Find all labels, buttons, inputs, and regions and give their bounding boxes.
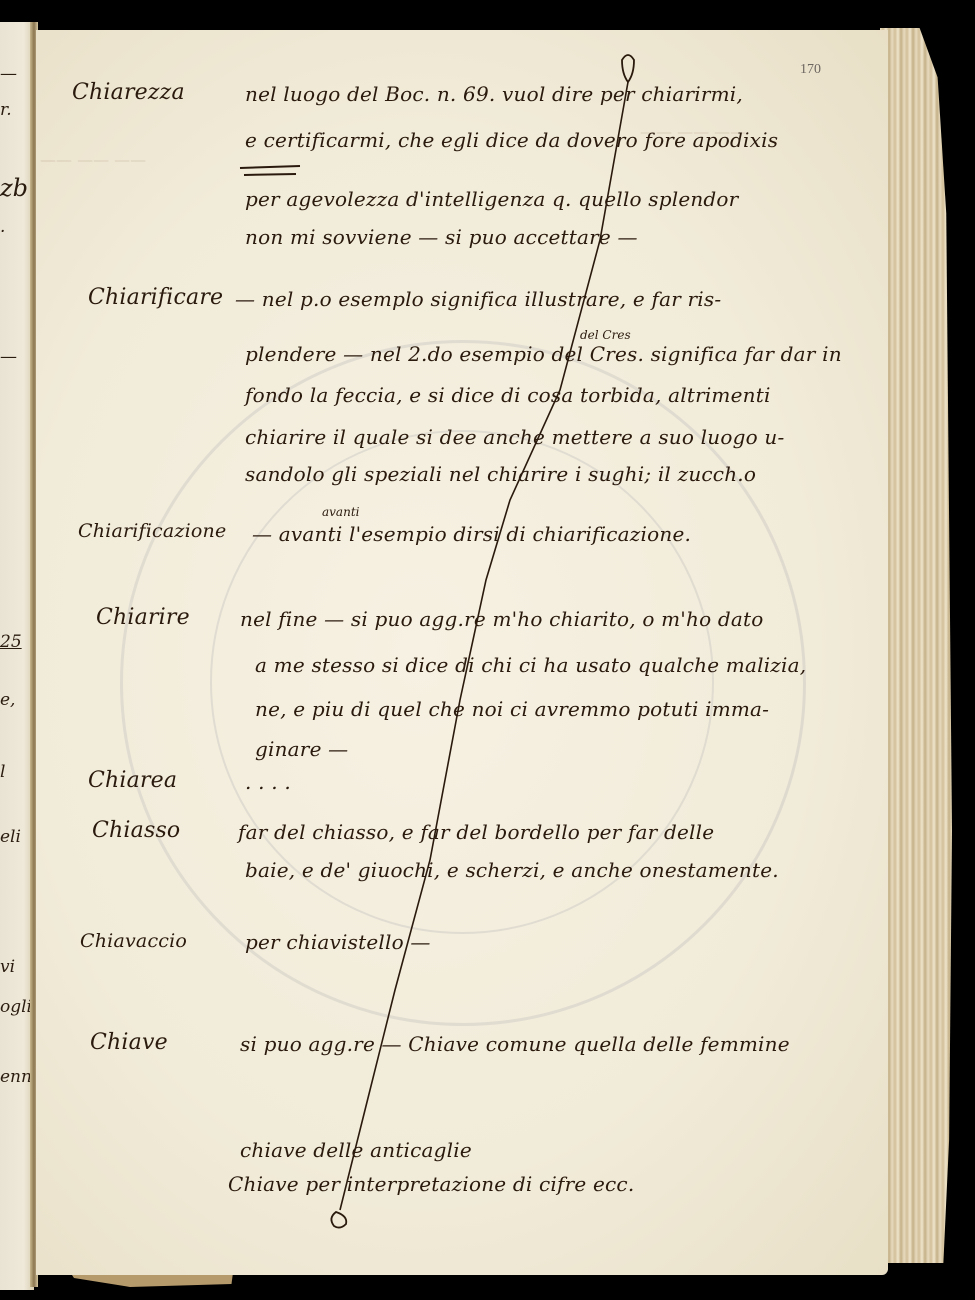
headword-chiarificare: Chiarificare: [88, 285, 223, 310]
entry-line: far del chiasso, e far del bordello per …: [238, 820, 714, 844]
headword-chiarificazione: Chiarificazione: [78, 520, 226, 542]
entry-line: plendere — nel 2.do esempio del Cres. si…: [245, 342, 842, 366]
entry-line: non mi sovviene — si puo accettare —: [245, 225, 638, 249]
entry-line: chiave delle anticaglie: [240, 1138, 472, 1162]
headword-chiarea: Chiarea: [88, 768, 177, 793]
entry-line: sandolo gli speziali nel chiarire i sugh…: [245, 462, 756, 486]
entry-line: fondo la feccia, e si dice di cosa torbi…: [245, 383, 771, 407]
entry-line: Chiave per interpretazione di cifre ecc.: [228, 1172, 634, 1196]
entry-line: ginare —: [255, 737, 348, 761]
entry-line: per agevolezza d'intelligenza q. quello …: [245, 187, 738, 211]
entry-line: a me stesso si dice di chi ci ha usato q…: [255, 653, 806, 677]
top-marker-icon: [622, 55, 634, 82]
entry-line: nel luogo del Boc. n. 69. vuol dire per …: [245, 82, 743, 106]
entry-line: — nel p.o esemplo significa illustrare, …: [235, 287, 721, 311]
headword-chiave: Chiave: [90, 1030, 168, 1055]
headword-chiarire: Chiarire: [96, 605, 190, 630]
entry-line: si puo agg.re — Chiave comune quella del…: [240, 1032, 790, 1056]
entry-line: ne, e piu di quel che noi ci avremmo pot…: [255, 697, 769, 721]
entry-line: . . . .: [245, 770, 291, 794]
entry-line: e certificarmi, che egli dice da dovero …: [245, 128, 778, 152]
bottom-marker-icon: [331, 1212, 346, 1228]
entry-line: nel fine — si puo agg.re m'ho chiarito, …: [240, 607, 763, 631]
interlinear-insertion: del Cres: [580, 328, 631, 342]
entry-line: — avanti l'esempio dirsi di chiarificazi…: [252, 522, 691, 546]
interlinear-insertion: avanti: [322, 505, 359, 519]
headword-chiarezza: Chiarezza: [72, 80, 185, 105]
entry-line: baie, e de' giuochi, e scherzi, e anche …: [245, 858, 779, 882]
headword-chiavaccio: Chiavaccio: [80, 930, 187, 952]
entry-line: chiarire il quale si dee anche mettere a…: [245, 425, 784, 449]
entry-line: per chiavistello —: [245, 930, 431, 954]
headword-chiasso: Chiasso: [92, 818, 180, 843]
